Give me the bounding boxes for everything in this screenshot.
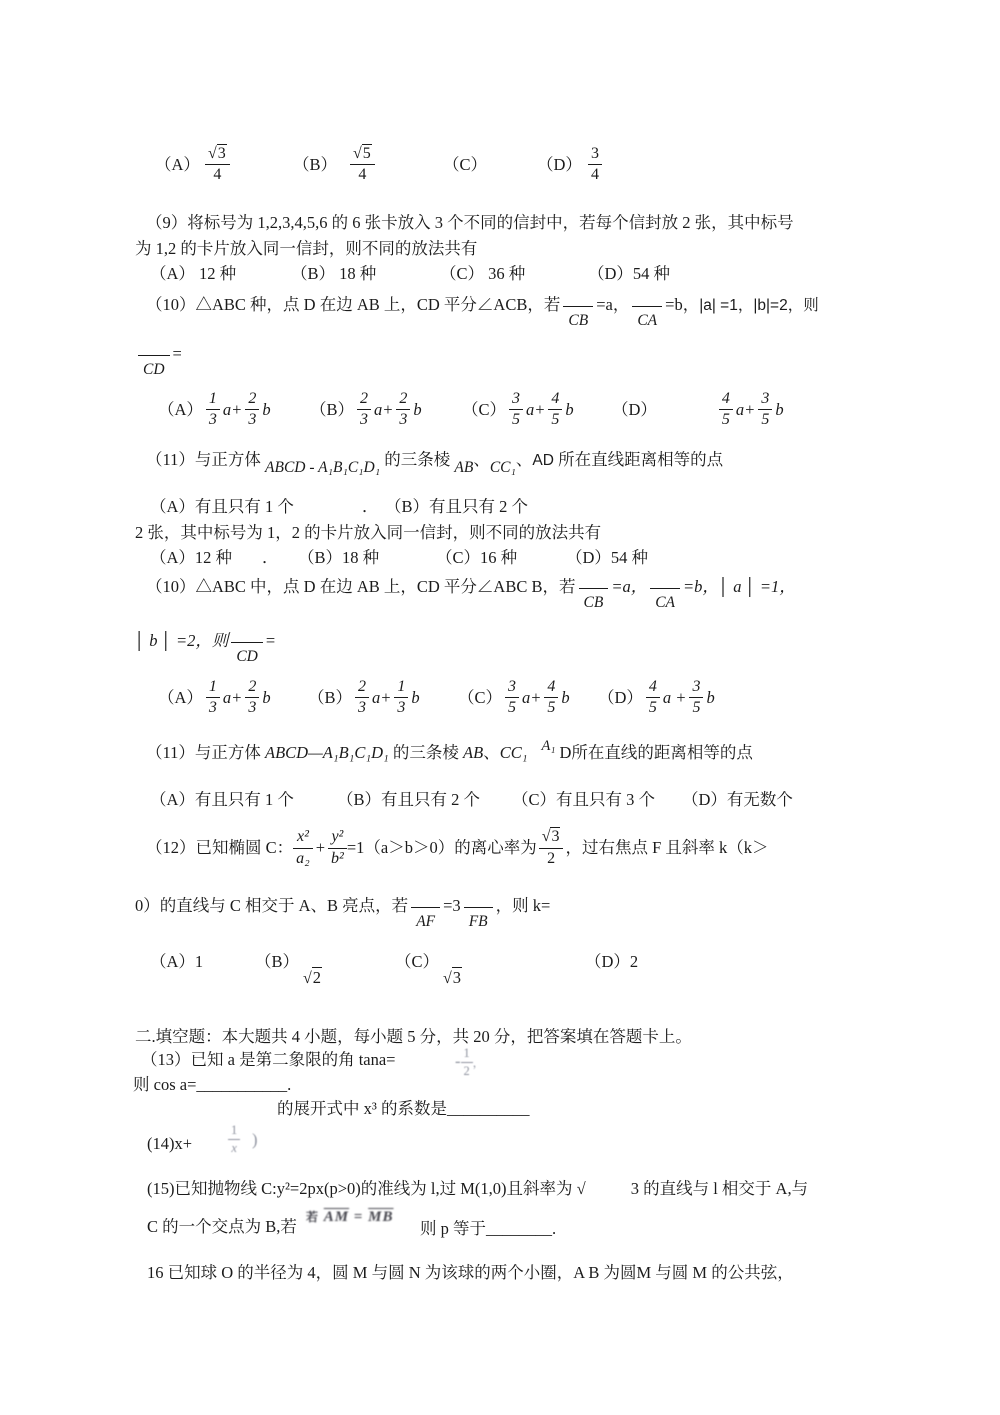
option-b: （B） 23 a+ 23 b <box>310 390 422 430</box>
a-plus: a+ <box>223 397 242 423</box>
option-label: （C） <box>462 397 506 423</box>
norm-a: │ a │ =1， <box>719 577 796 596</box>
question-11b-line: （11）与正方体 ABCD—A₁B₁C₁D₁ 的三条棱 AB、CC₁A₁ D所在… <box>146 740 753 767</box>
fraction: 23 <box>355 678 369 718</box>
b-term: b <box>413 397 421 423</box>
cube-label: ABCD—A₁B₁C₁D₁ <box>265 743 389 762</box>
edge-ab: AB <box>454 459 473 476</box>
fraction-sqrt3-over-4: √3 4 <box>205 145 230 185</box>
vector-fb: FB <box>464 907 493 935</box>
equals-3: =3 <box>443 896 461 915</box>
option-a: （A） 13 a+ 23 b <box>158 678 271 718</box>
option-b: （B）有且只有 2 个 <box>337 787 480 813</box>
edge-ad: AD <box>532 452 554 469</box>
question-10-line-2: CD= <box>135 341 182 383</box>
option-c-label: （C） <box>443 152 487 178</box>
question-9-options-row: （A） 12 种 （B） 18 种 （C） 36 种 （D）54 种 <box>0 261 1000 289</box>
sqrt-3: √3 <box>443 965 462 992</box>
option-d-label: （D） <box>537 152 582 178</box>
plus-sign: + <box>316 835 325 861</box>
fraction: 45 <box>548 390 562 430</box>
option-label: （B） <box>310 397 354 423</box>
fraction: 45 <box>646 678 660 718</box>
question-10-options-row: （A） 13 a+ 23 b （B） 23 a+ 23 b （C） 35 a+ … <box>0 390 1000 450</box>
option-b: （B）18 种 <box>298 545 379 571</box>
dot: ． <box>262 545 279 571</box>
radical-sign: √ <box>353 145 362 162</box>
denominator: 2 <box>539 848 564 868</box>
numerator: 3 <box>588 145 602 164</box>
equals-a: =a， <box>611 577 647 596</box>
b-term: b <box>706 685 714 711</box>
vector-mb: MB <box>368 1209 393 1225</box>
fraction: 45 <box>719 390 733 430</box>
fraction: 23 <box>357 390 371 430</box>
question-15-line-2: C 的一个交点为 B,若 若 AM = MB 则 p 等于________. <box>0 1202 1000 1246</box>
vector-ca: CA <box>632 306 662 334</box>
vector-af: AF <box>411 907 440 935</box>
option-d: （D）有无数个 <box>682 787 793 813</box>
option-label: （A） <box>158 397 203 423</box>
option-label: （A） <box>158 685 203 711</box>
fraction-1-2: 12 <box>461 1046 473 1079</box>
a-plus: a+ <box>223 685 242 711</box>
vector-am: AM <box>324 1209 349 1225</box>
fraction: 23 <box>245 678 259 718</box>
denominator: 4 <box>350 164 375 184</box>
text-run: （10）△ABC 中，点 D 在边 AB 上，CD 平分∠ABC B，若 <box>146 577 576 596</box>
question-10b-options-row: （A） 13 a+ 23 b （B） 23 a+ 13 b （C） 35 a+ … <box>0 678 1000 738</box>
b-term: b <box>561 685 569 711</box>
raised-a1: A₁ <box>541 738 555 754</box>
question-11-options-row: （A）有且只有 1 个 ． （B）有且只有 2 个 <box>0 494 1000 522</box>
option-b-label: （B） <box>293 152 337 178</box>
fraction: 13 <box>206 390 220 430</box>
text-run: (15)已知抛物线 C:y²=2px(p>0)的准线为 l,过 M(1,0)且斜… <box>147 1179 586 1198</box>
fraction-sqrt5-over-4: √5 4 <box>350 145 375 185</box>
option-c: （C） 35 a+ 45 b <box>458 678 570 718</box>
faint-paren: ) <box>252 1127 258 1153</box>
option-c: （C） 35 a+ 45 b <box>462 390 574 430</box>
text-run: (14)x+ <box>147 1131 192 1157</box>
b-term: b <box>262 685 270 711</box>
question-10b-line-2: │ b │ =2，则CD= <box>135 628 275 670</box>
option-a: （A）有且只有 1 个 <box>150 787 294 813</box>
vector-cb: CB <box>579 588 609 616</box>
a-plus: a+ <box>522 685 541 711</box>
fraction: 35 <box>509 390 523 430</box>
option-c: （C）16 种 <box>436 545 517 571</box>
text-run: 则 p 等于________. <box>420 1216 556 1242</box>
a-plus: a+ <box>736 397 755 423</box>
faint-fraction-image: -12， <box>455 1046 484 1079</box>
question-11-line: （11）与正方体 ABCD - A₁B₁C₁D₁ 的三条棱 AB、CC₁、AD … <box>146 447 723 474</box>
fraction: 35 <box>689 678 703 718</box>
separator: 、 <box>483 743 500 762</box>
fraction: 23 <box>396 390 410 430</box>
question-12-options-row: （A）1 （B） √2 （C） √3 （D）2 <box>0 941 1000 1001</box>
option-d: （D）54 种 <box>588 261 670 287</box>
option-b: （B） 23 a+ 13 b <box>308 678 420 718</box>
fraction: 23 <box>245 390 259 430</box>
fraction-sqrt3-over-2: √3 2 <box>539 828 564 868</box>
question-12-line-1: （12）已知椭圆 C： x²a₂ + y²b² =1（a＞b＞0）的离心率为 √… <box>146 815 769 881</box>
b-term: b <box>565 397 573 423</box>
equals-sign: = <box>354 1209 364 1225</box>
question-16-line: 16 已知球 O 的半径为 4，圆 M 与圆 N 为该球的两个小圈，A B 为圆… <box>147 1260 794 1286</box>
text-run: （13）已知 a 是第二象限的角 tana= <box>141 1047 396 1073</box>
b-term: b <box>262 397 270 423</box>
equals-sign: = <box>266 631 275 650</box>
option-a: （A） 13 a+ 23 b <box>158 390 271 430</box>
dot: ． <box>362 494 379 520</box>
option-a: （A）12 种 <box>150 545 232 571</box>
vector-cd: CD <box>231 642 263 670</box>
fraction-3-over-4: 3 4 <box>588 145 602 185</box>
equals-a: =a， <box>596 295 629 314</box>
b-term: b <box>775 397 783 423</box>
text-run: 3 的直线与 l 相交于 A,与 <box>631 1179 808 1198</box>
question-12-line-2: 0）的直线与 C 相交于 A、B 亮点，若AF=3FB，则 k= <box>135 893 550 935</box>
text-run: 0）的直线与 C 相交于 A、B 亮点，若 <box>135 896 408 915</box>
text-run: =1（a＞b＞0）的离心率为 <box>347 835 537 861</box>
fraction: 35 <box>758 390 772 430</box>
question-9-line-2: 为 1,2 的卡片放入同一信封，则不同的放法共有 <box>135 236 477 262</box>
faint-fraction-1-x: 1x <box>228 1123 240 1156</box>
fraction: 35 <box>505 678 519 718</box>
separator: 、 <box>473 450 490 469</box>
text-run: 的三条棱 <box>389 743 463 762</box>
question-14-line-1: 的展开式中 x³ 的系数是__________ <box>277 1096 529 1122</box>
text-run: ，过右焦点 F 且斜率 k（k＞ <box>565 835 768 861</box>
question-15-line-1: (15)已知抛物线 C:y²=2px(p>0)的准线为 l,过 M(1,0)且斜… <box>147 1176 808 1202</box>
option-d: （D）54 种 <box>566 545 648 571</box>
edge-cc1: CC₁ <box>500 743 528 762</box>
question-9b-line: 2 张，其中标号为 1，2 的卡片放入同一信封，则不同的放法共有 <box>135 520 601 546</box>
cube-label: ABCD - A₁B₁C₁D₁ <box>265 459 380 476</box>
text-run: （10）△ABC 种，点 D 在边 AB 上，CD 平分∠ACB，若 <box>146 295 560 314</box>
fraction: 13 <box>394 678 408 718</box>
a-plus: a+ <box>526 397 545 423</box>
option-a-label: （A） <box>155 152 200 178</box>
sqrt-2: √2 <box>303 965 322 992</box>
option-d: （D） 45 a+ 35 b <box>612 390 784 430</box>
option-a: （A）1 <box>150 949 203 975</box>
a-plus: a+ <box>372 685 391 711</box>
text-run: D所在直线的距离相等的点 <box>555 743 753 762</box>
text-run: 的三条棱 <box>380 450 454 469</box>
option-a: （A） 12 种 <box>150 261 236 287</box>
exam-page: （A） √3 4 （B） √5 4 （C） （D） 3 4 （9）将标号为 1,… <box>0 0 1000 1415</box>
radical-sign: √ <box>208 145 217 162</box>
a-plus: a+ <box>374 397 393 423</box>
fraction: 13 <box>206 678 220 718</box>
faint-comma: ， <box>473 1057 484 1069</box>
radicand: 5 <box>362 144 372 162</box>
radicand: 3 <box>217 144 227 162</box>
equals-b: =b， <box>683 577 719 596</box>
equals-sign: = <box>173 344 182 363</box>
fraction: 45 <box>544 678 558 718</box>
denominator: 4 <box>205 164 230 184</box>
question-9b-options-row: （A）12 种 ． （B）18 种 （C）16 种 （D）54 种 <box>0 545 1000 573</box>
option-label: （D） <box>598 685 643 711</box>
separator: 、 <box>516 450 533 469</box>
text-run: 所在直线距离相等的点 <box>554 450 723 469</box>
edge-cc1: CC₁ <box>490 459 516 476</box>
question-13-line-2: 则 cos a=___________. <box>133 1072 291 1098</box>
question-8-options-row: （A） √3 4 （B） √5 4 （C） （D） 3 4 <box>0 145 1000 205</box>
option-label: （C） <box>458 685 502 711</box>
option-a: （A）有且只有 1 个 <box>150 494 294 520</box>
norms-text: |a| =1，|b|=2，则 <box>699 297 819 314</box>
radicand: 3 <box>550 827 560 845</box>
option-b: （B）有且只有 2 个 <box>385 494 528 520</box>
option-b: （B） 18 种 <box>291 261 376 287</box>
text-run: （11）与正方体 <box>146 450 265 469</box>
option-d: （D）2 <box>585 949 638 975</box>
question-11b-options-row: （A）有且只有 1 个 （B）有且只有 2 个 （C）有且只有 3 个 （D）有… <box>0 787 1000 815</box>
option-b-label: （B） <box>255 949 299 975</box>
question-14-line-2: (14)x+ 1x ) <box>0 1121 1000 1171</box>
blurry-vector-equation-image: 若 AM = MB <box>306 1204 394 1230</box>
text-run: （11）与正方体 <box>146 743 265 762</box>
option-c: （C）有且只有 3 个 <box>512 787 655 813</box>
text-run: ，则 k= <box>496 896 551 915</box>
option-d: （D） 45 a + 35 b <box>598 678 715 718</box>
norm-b: │ b │ =2，则 <box>135 631 228 650</box>
denominator: 4 <box>588 164 602 184</box>
fraction-y2-b2: y²b² <box>328 828 347 868</box>
b-term: b <box>411 685 419 711</box>
vector-cb: CB <box>563 306 593 334</box>
question-10b-line-1: （10）△ABC 中，点 D 在边 AB 上，CD 平分∠ABC B，若CB=a… <box>146 574 796 616</box>
text-run: C 的一个交点为 B,若 <box>147 1214 297 1240</box>
option-label: （D） <box>612 397 657 423</box>
text-run: （12）已知椭圆 C： <box>146 835 293 861</box>
vector-ca: CA <box>650 588 680 616</box>
question-10-line-1: （10）△ABC 种，点 D 在边 AB 上，CD 平分∠ACB，若CB=a，C… <box>146 292 819 334</box>
equals-b: =b， <box>665 295 699 314</box>
vector-cd: CD <box>138 355 170 383</box>
fraction-x2-a2: x²a₂ <box>293 828 313 868</box>
option-c-label: （C） <box>395 949 439 975</box>
edge-ab: AB <box>463 743 483 762</box>
ruo-char: 若 <box>306 1210 319 1224</box>
option-label: （B） <box>308 685 352 711</box>
a-plus: a + <box>663 685 687 711</box>
option-c: （C） 36 种 <box>440 261 525 287</box>
question-9-line-1: （9）将标号为 1,2,3,4,5,6 的 6 张卡放入 3 个不同的信封中，若… <box>146 210 794 236</box>
